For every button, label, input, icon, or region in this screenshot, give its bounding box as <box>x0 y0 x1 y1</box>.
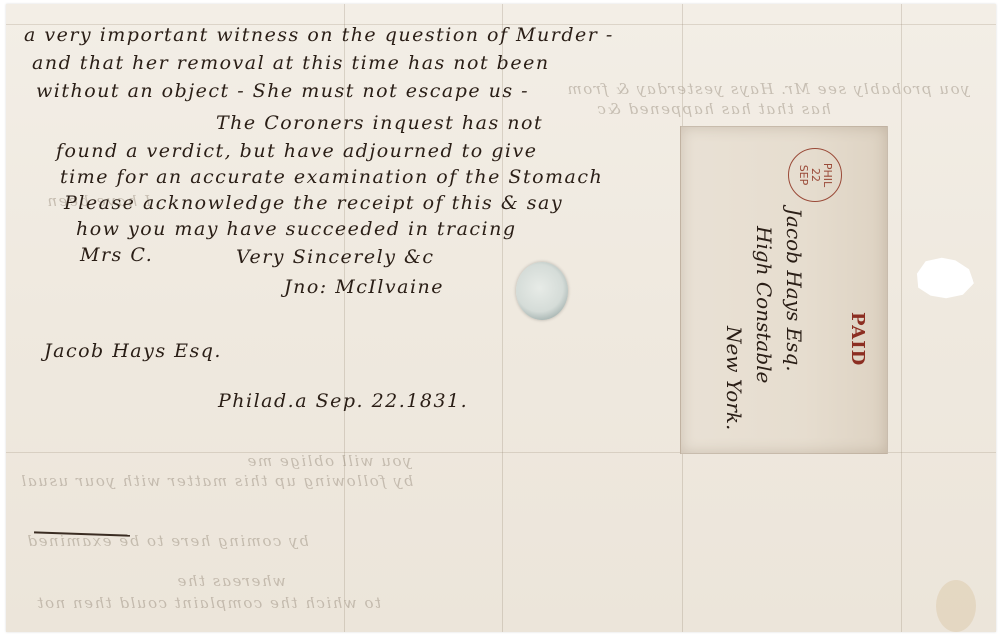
bleed-through-text: you probably see Mr. Hays yesterday & fr… <box>566 80 970 98</box>
bleed-through-text: to which the complaint could then not <box>36 594 381 612</box>
letter-line: The Coroners inquest has not <box>216 112 543 134</box>
postmark-month: SEP <box>797 165 809 186</box>
address-line-city: New York. <box>722 326 746 430</box>
postmark-stamp: PHIL 22 SEP <box>788 148 842 202</box>
paid-stamp: PAID <box>847 312 868 366</box>
letter-line: Please acknowledge the receipt of this &… <box>64 192 563 214</box>
bleed-through-text: you will oblige me <box>246 452 412 470</box>
letter-line: and that her removal at this time has no… <box>32 52 550 74</box>
bleed-through-text: whereas the <box>176 572 286 590</box>
letter-line: a very important witness on the question… <box>24 24 614 46</box>
postmark-city: PHIL <box>821 163 833 187</box>
bleed-through-text: by coming here to be examined <box>26 532 309 550</box>
fold-line <box>901 4 902 632</box>
bleed-through-text: by following up this matter with your us… <box>20 472 413 490</box>
wax-seal <box>516 262 568 320</box>
letter-line: time for an accurate examination of the … <box>60 166 603 188</box>
letter-line: found a verdict, but have adjourned to g… <box>56 140 537 162</box>
letter-closing: Very Sincerely &c <box>236 246 435 268</box>
dateline: Philad.a Sep. 22.1831. <box>218 390 468 412</box>
bleed-through-text: has that has happened &c <box>596 100 831 118</box>
recipient-line: Jacob Hays Esq. <box>44 340 222 362</box>
address-line-name: Jacob Hays Esq. <box>782 208 806 372</box>
letter-line: without an object - She must not escape … <box>36 80 529 102</box>
letter-line: how you may have succeeded in tracing <box>76 218 517 240</box>
postmark-day: 22 <box>809 168 821 182</box>
letter-line: Mrs C. <box>80 244 153 266</box>
address-line-title: High Constable <box>752 226 776 383</box>
signature: Jno: McIlvaine <box>284 276 444 298</box>
paper-stain <box>936 580 976 632</box>
